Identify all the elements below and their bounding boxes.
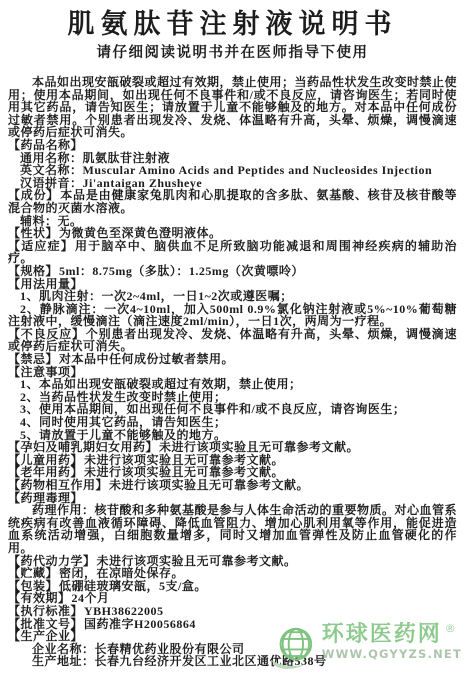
watermark-site-name: 环球医药网: [322, 623, 442, 647]
section-text: 5ml：8.75mg（多肽）：1.25mg（次黄嘌呤）: [59, 264, 304, 278]
leaflet-content: 肌氨肽苷注射液说明书 请仔细阅读说明书并在医师指导下使用 本品如出现安瓿破裂或超…: [0, 0, 465, 668]
section-label: 【执行标准】: [8, 604, 83, 618]
line-pharmacology-action: 药理作用：核苷酸和多种氨基酸是参与人体生命活动的重要物质。对心血管系统疾病有改善…: [8, 504, 457, 554]
section-drug-interactions: 【药物相互作用】未进行该项实验且无可靠参考文献。: [8, 479, 457, 492]
section-label: 【规格】: [8, 264, 58, 278]
section-label: 【药物相互作用】: [8, 478, 108, 492]
intro-warning-paragraph: 本品如出现安瓿破裂或超过有效期，禁止使用；当药品性状发生改变时禁止使用；使用本品…: [8, 76, 457, 139]
watermark-site-url: WWW.QGYYZS.NET: [322, 647, 462, 661]
section-text: 用于脑卒中、脑供血不足所致脑功能减退和周围神经疾病的辅助治疗。: [8, 239, 457, 266]
leaflet-subtitle: 请仔细阅读说明书并在医师指导下使用: [8, 45, 457, 61]
leaflet-title: 肌氨肽苷注射液说明书: [8, 9, 457, 40]
site-watermark: 环球医药网 ® WWW.QGYYZS.NET: [267, 623, 462, 670]
section-composition: 【成份】本品是由健康家兔肌肉和心肌提取的含多肽、氨基酸、核苷及核苷酸等混合物的灭…: [8, 189, 457, 214]
document-body: 本品如出现安瓿破裂或超过有效期，禁止使用；当药品性状发生改变时禁止使用；使用本品…: [8, 76, 457, 668]
watermark-name-row: 环球医药网 ®: [322, 623, 462, 647]
section-text: 本品是由健康家兔肌肉和心肌提取的含多肽、氨基酸、核苷及核苷酸等混合物的灭菌水溶液…: [8, 188, 457, 215]
section-text: 对本品中任何成份过敏者禁用。: [59, 352, 234, 366]
section-contraindications: 【禁忌】对本品中任何成份过敏者禁用。: [8, 353, 457, 366]
section-strength: 【规格】5ml：8.75mg（多肽）：1.25mg（次黄嘌呤）: [8, 265, 457, 278]
section-indications: 【适应症】用于脑卒中、脑供血不足所致脑功能减退和周围神经疾病的辅助治疗。: [8, 240, 457, 265]
section-standard: 【执行标准】YBH38622005: [8, 605, 457, 618]
section-text: 本品如出现安瓿破裂或超过有效期，禁止使用；当药品性状发生改变时禁止使用；使用本品…: [8, 75, 457, 139]
globe-icon: [267, 626, 319, 670]
section-text: 未进行该项实验且无可靠参考文献。: [109, 478, 309, 492]
registered-trademark-icon: ®: [445, 623, 458, 635]
watermark-text: 环球医药网 ® WWW.QGYYZS.NET: [322, 623, 462, 661]
section-text: 药理作用：核苷酸和多种氨基酸是参与人体生命活动的重要物质。对心血管系统疾病有改善…: [8, 503, 457, 555]
line-dosage-iv: 2、静脉滴注：一次4~10ml，加入500ml 0.9%氯化钠注射液或5%~10…: [8, 303, 457, 328]
section-text: 国药准字H20056864: [84, 617, 196, 631]
section-text: 2、静脉滴注：一次4~10ml，加入500ml 0.9%氯化钠注射液或5%~10…: [8, 302, 457, 329]
section-adverse-reactions: 【不良反应】个别患者出现发冷、发烧、体温略有升高，头晕、烦燥，调慢滴速或停药后症…: [8, 328, 457, 353]
leaflet-page: 肌氨肽苷注射液说明书 请仔细阅读说明书并在医师指导下使用 本品如出现安瓿破裂或超…: [0, 0, 465, 686]
section-label: 【禁忌】: [8, 352, 58, 366]
